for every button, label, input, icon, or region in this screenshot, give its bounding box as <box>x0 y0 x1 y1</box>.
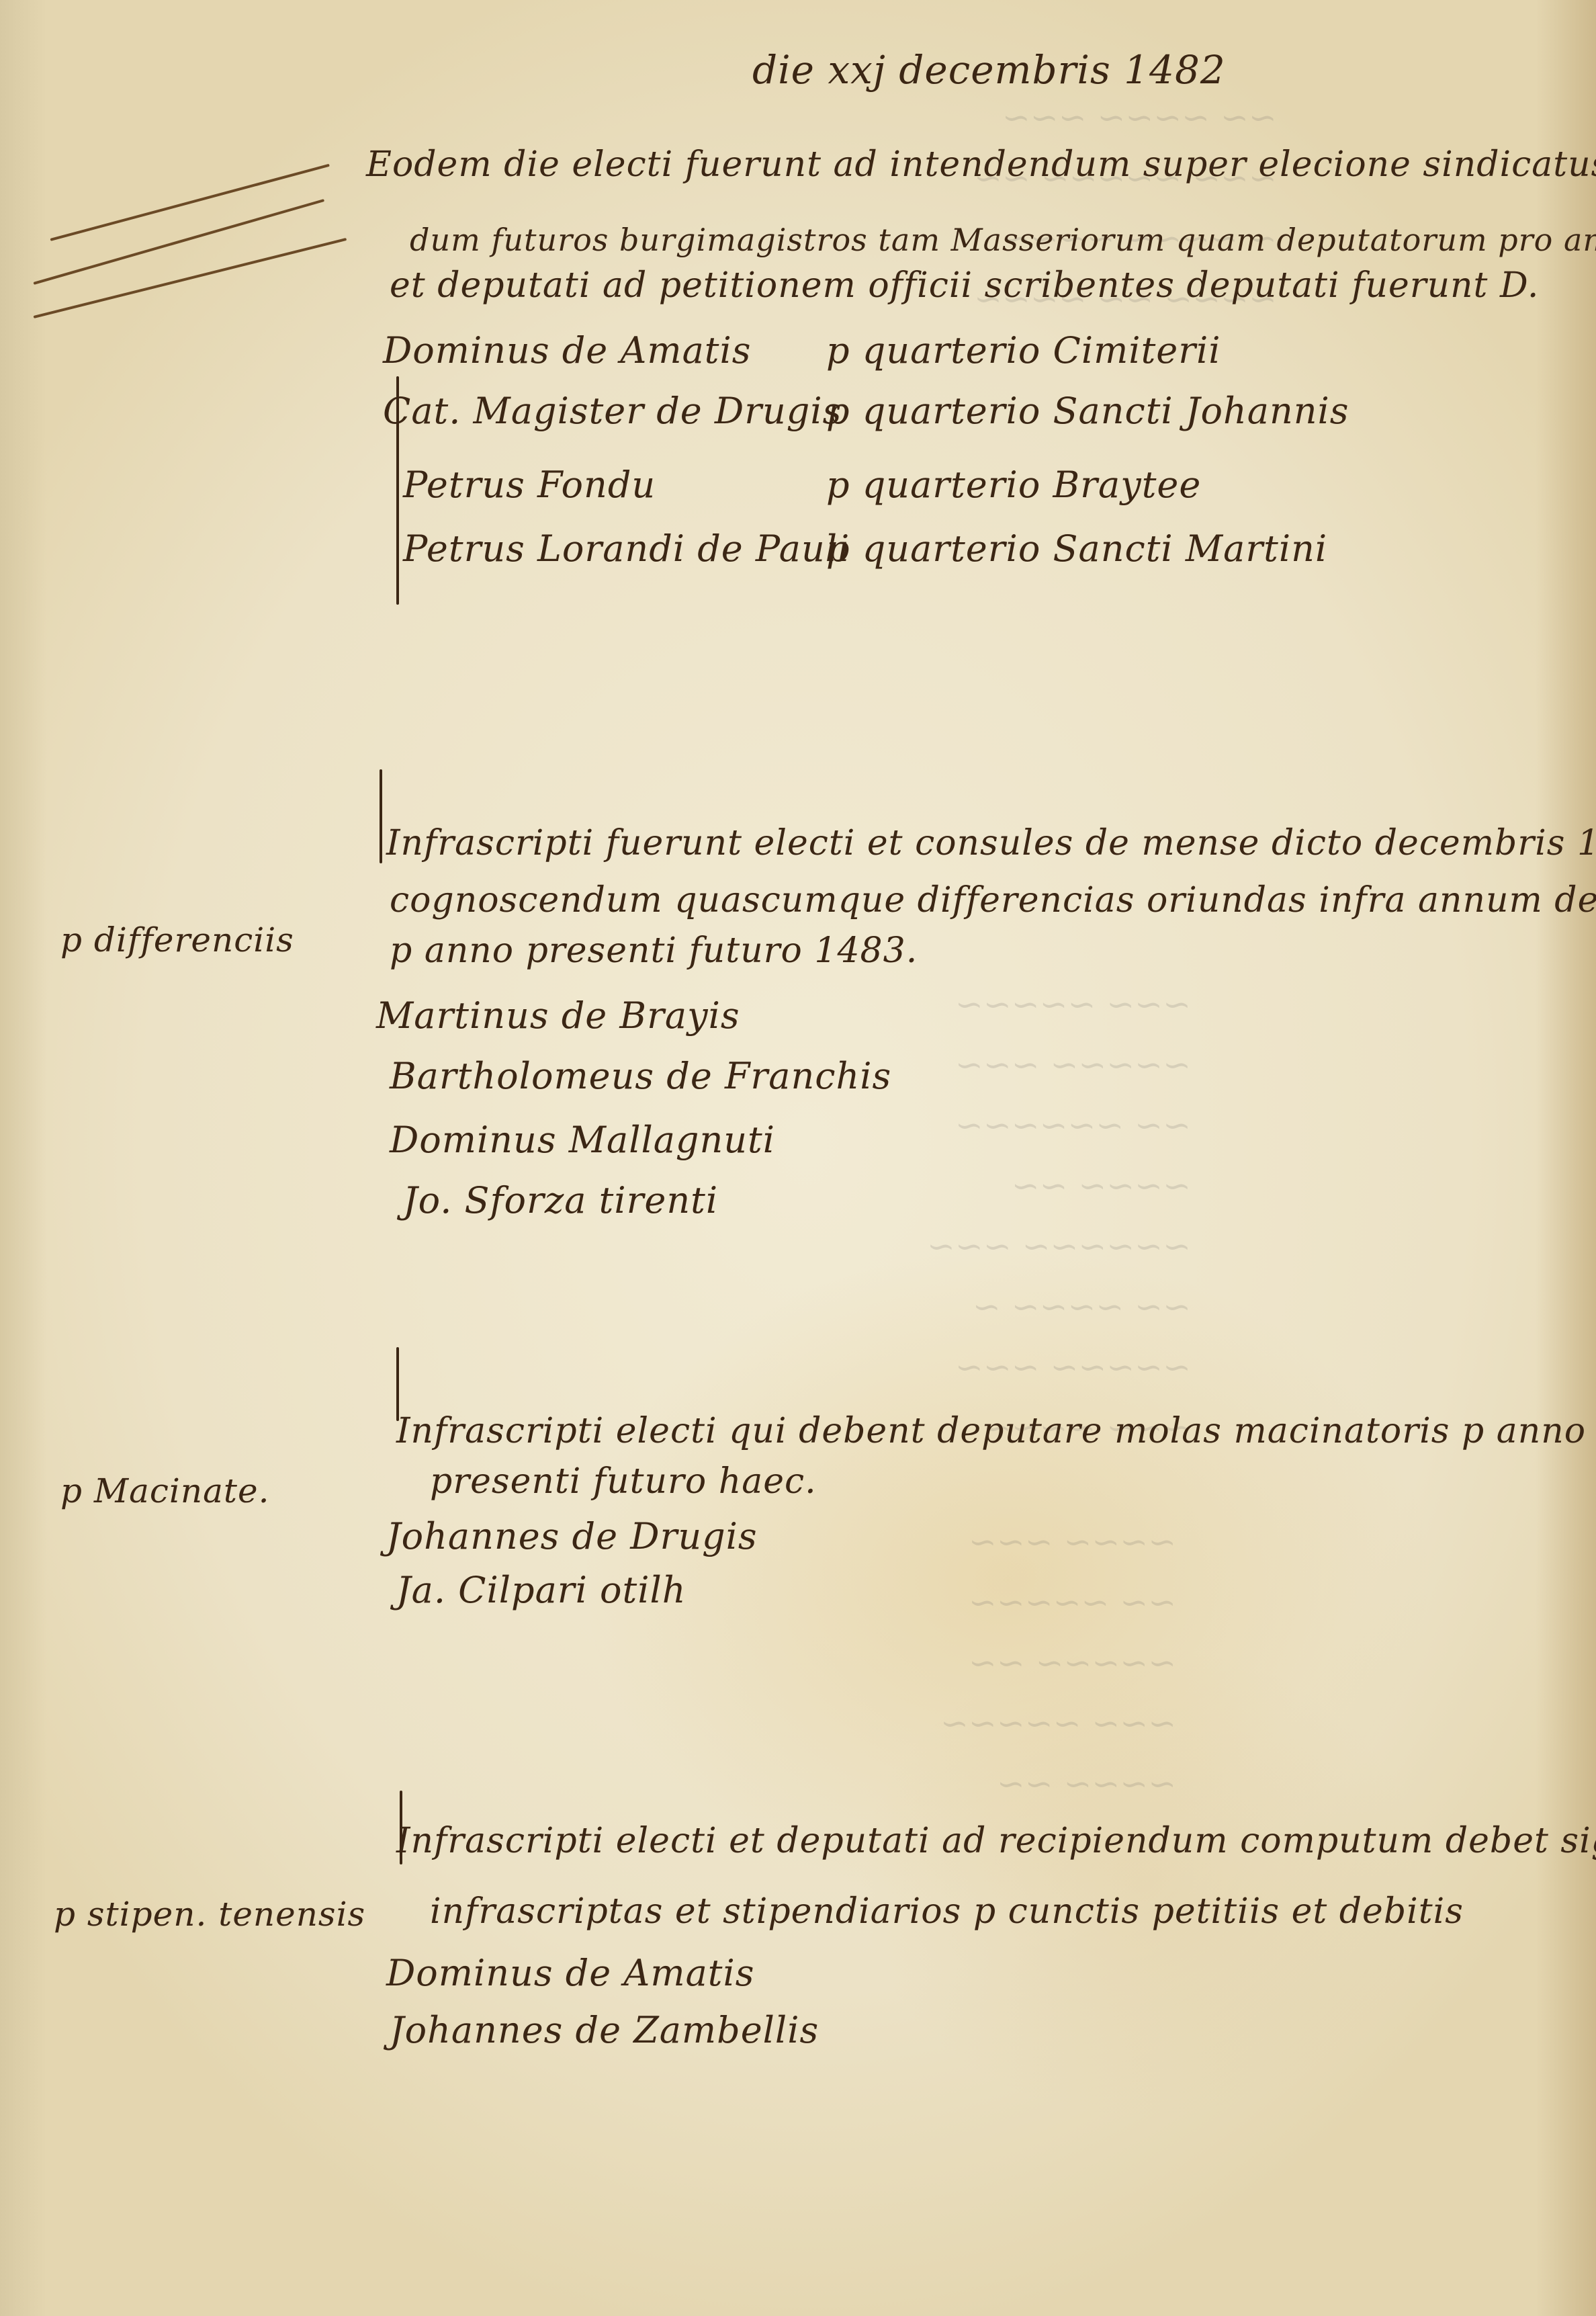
official-name: Dominus Mallagnuti <box>390 1119 775 1161</box>
section-line: cognoscendum quascumque differencias ori… <box>390 880 1596 920</box>
section-line: p anno presenti futuro 1483. <box>390 931 918 971</box>
bracket-bar <box>396 1347 399 1421</box>
deputy-name: Petrus Lorandi de Pauli <box>403 527 850 570</box>
official-name: Jo. Sforza tirenti <box>403 1179 718 1221</box>
section-line: Infrascripti electi qui debent deputare … <box>396 1411 1586 1451</box>
official-name: Dominus de Amatis <box>386 1952 754 1994</box>
margin-note: p stipen. tenensis <box>54 1895 365 1934</box>
section-line: Infrascripti fuerunt electi et consules … <box>386 823 1596 863</box>
page-edge-left <box>0 0 47 2316</box>
margin-note: p differenciis <box>60 920 294 959</box>
margin-note: p Macinate. <box>60 1471 270 1510</box>
date-heading: die xxj decembris 1482 <box>752 47 1226 93</box>
quarter-label: p quarterio Braytee <box>826 464 1201 506</box>
official-name: Martinus de Brayis <box>376 994 740 1037</box>
section-line: presenti futuro haec. <box>430 1461 817 1502</box>
page-edge-right <box>1536 0 1596 2316</box>
section-line: Infrascripti electi et deputati ad recip… <box>396 1821 1596 1861</box>
quarter-label: p quarterio Sancti Johannis <box>826 390 1349 432</box>
official-name: Johannes de Zambellis <box>390 2009 819 2051</box>
bracket-bar <box>380 769 382 863</box>
official-name: Johannes de Drugis <box>386 1515 758 1557</box>
bleed-through-middle: ~~~ ~~~~~ ~~~~~ ~~~ ~~ ~~~~~~ ~~~~ ~~ ~~… <box>927 974 1191 1458</box>
official-name: Bartholomeus de Franchis <box>390 1055 891 1097</box>
deputy-name: Petrus Fondu <box>403 464 656 506</box>
official-name: Ja. Cilpari otilh <box>396 1569 686 1611</box>
paper-background <box>0 0 1596 2316</box>
quarter-label: p quarterio Sancti Martini <box>826 527 1327 570</box>
section-line: et deputati ad petitionem officii scribe… <box>390 265 1539 306</box>
section-line: Eodem die electi fuerunt ad intendendum … <box>366 144 1596 185</box>
deputy-name: Dominus de Amatis <box>383 329 751 372</box>
bleed-through-lower: ~~~~ ~~~ ~~ ~~~~~ ~~~~~ ~~ ~~~ ~~~~~ ~~~… <box>940 1512 1176 1814</box>
section-line: infrascriptas et stipendiarios p cunctis… <box>430 1891 1464 1932</box>
section-line: dum futuros burgimagistros tam Masserior… <box>410 222 1596 258</box>
deputy-name: Cat. Magister de Drugis <box>383 390 842 432</box>
quarter-label: p quarterio Cimiterii <box>826 329 1221 372</box>
